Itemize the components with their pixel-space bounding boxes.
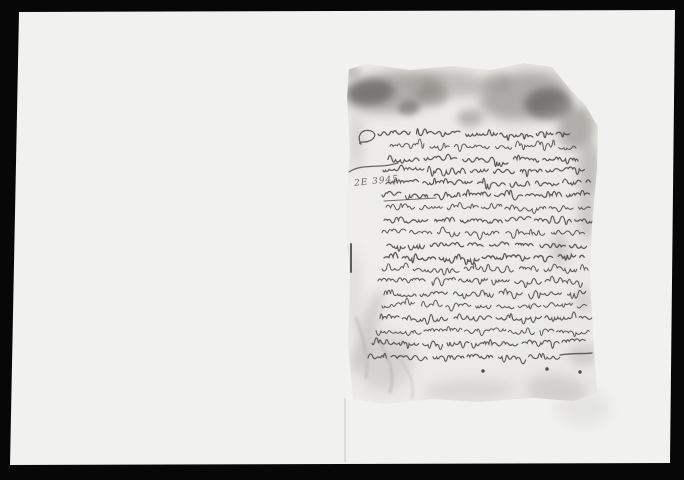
handwritten-line (384, 289, 586, 299)
handwritten-line (390, 139, 576, 151)
handwritten-line (388, 154, 578, 166)
ink-dot (578, 370, 581, 373)
ghost-stroke (378, 340, 392, 392)
handwritten-line (382, 190, 590, 200)
handwritten-line (386, 203, 590, 214)
flourish-stroke (359, 130, 375, 144)
handwritten-line (380, 312, 592, 324)
flourish-stroke (560, 353, 592, 355)
ghost-stroke (398, 356, 413, 398)
flourish-stroke (384, 198, 436, 201)
handwritten-line (378, 129, 569, 141)
ghost-stroke (356, 318, 367, 378)
handwritten-line (382, 263, 588, 275)
handwritten-line (382, 227, 585, 239)
handwritten-line (384, 253, 584, 265)
scan-viewport: 2E 3945 (0, 0, 684, 480)
photo-edge-crease (344, 398, 346, 462)
handwritten-line (376, 327, 589, 337)
ink-dot (481, 369, 484, 372)
handwritten-line (372, 338, 585, 350)
handwritten-line (378, 276, 582, 287)
ink-dot (545, 367, 548, 370)
handwritten-line (368, 353, 560, 363)
cursive-text-lines (345, 129, 592, 402)
handwritten-line (382, 298, 587, 311)
handwritten-line (386, 178, 590, 189)
handwritten-line (383, 165, 584, 176)
handwritten-line (384, 216, 592, 224)
ghost-marks (356, 318, 413, 398)
handwritten-line (387, 242, 587, 251)
